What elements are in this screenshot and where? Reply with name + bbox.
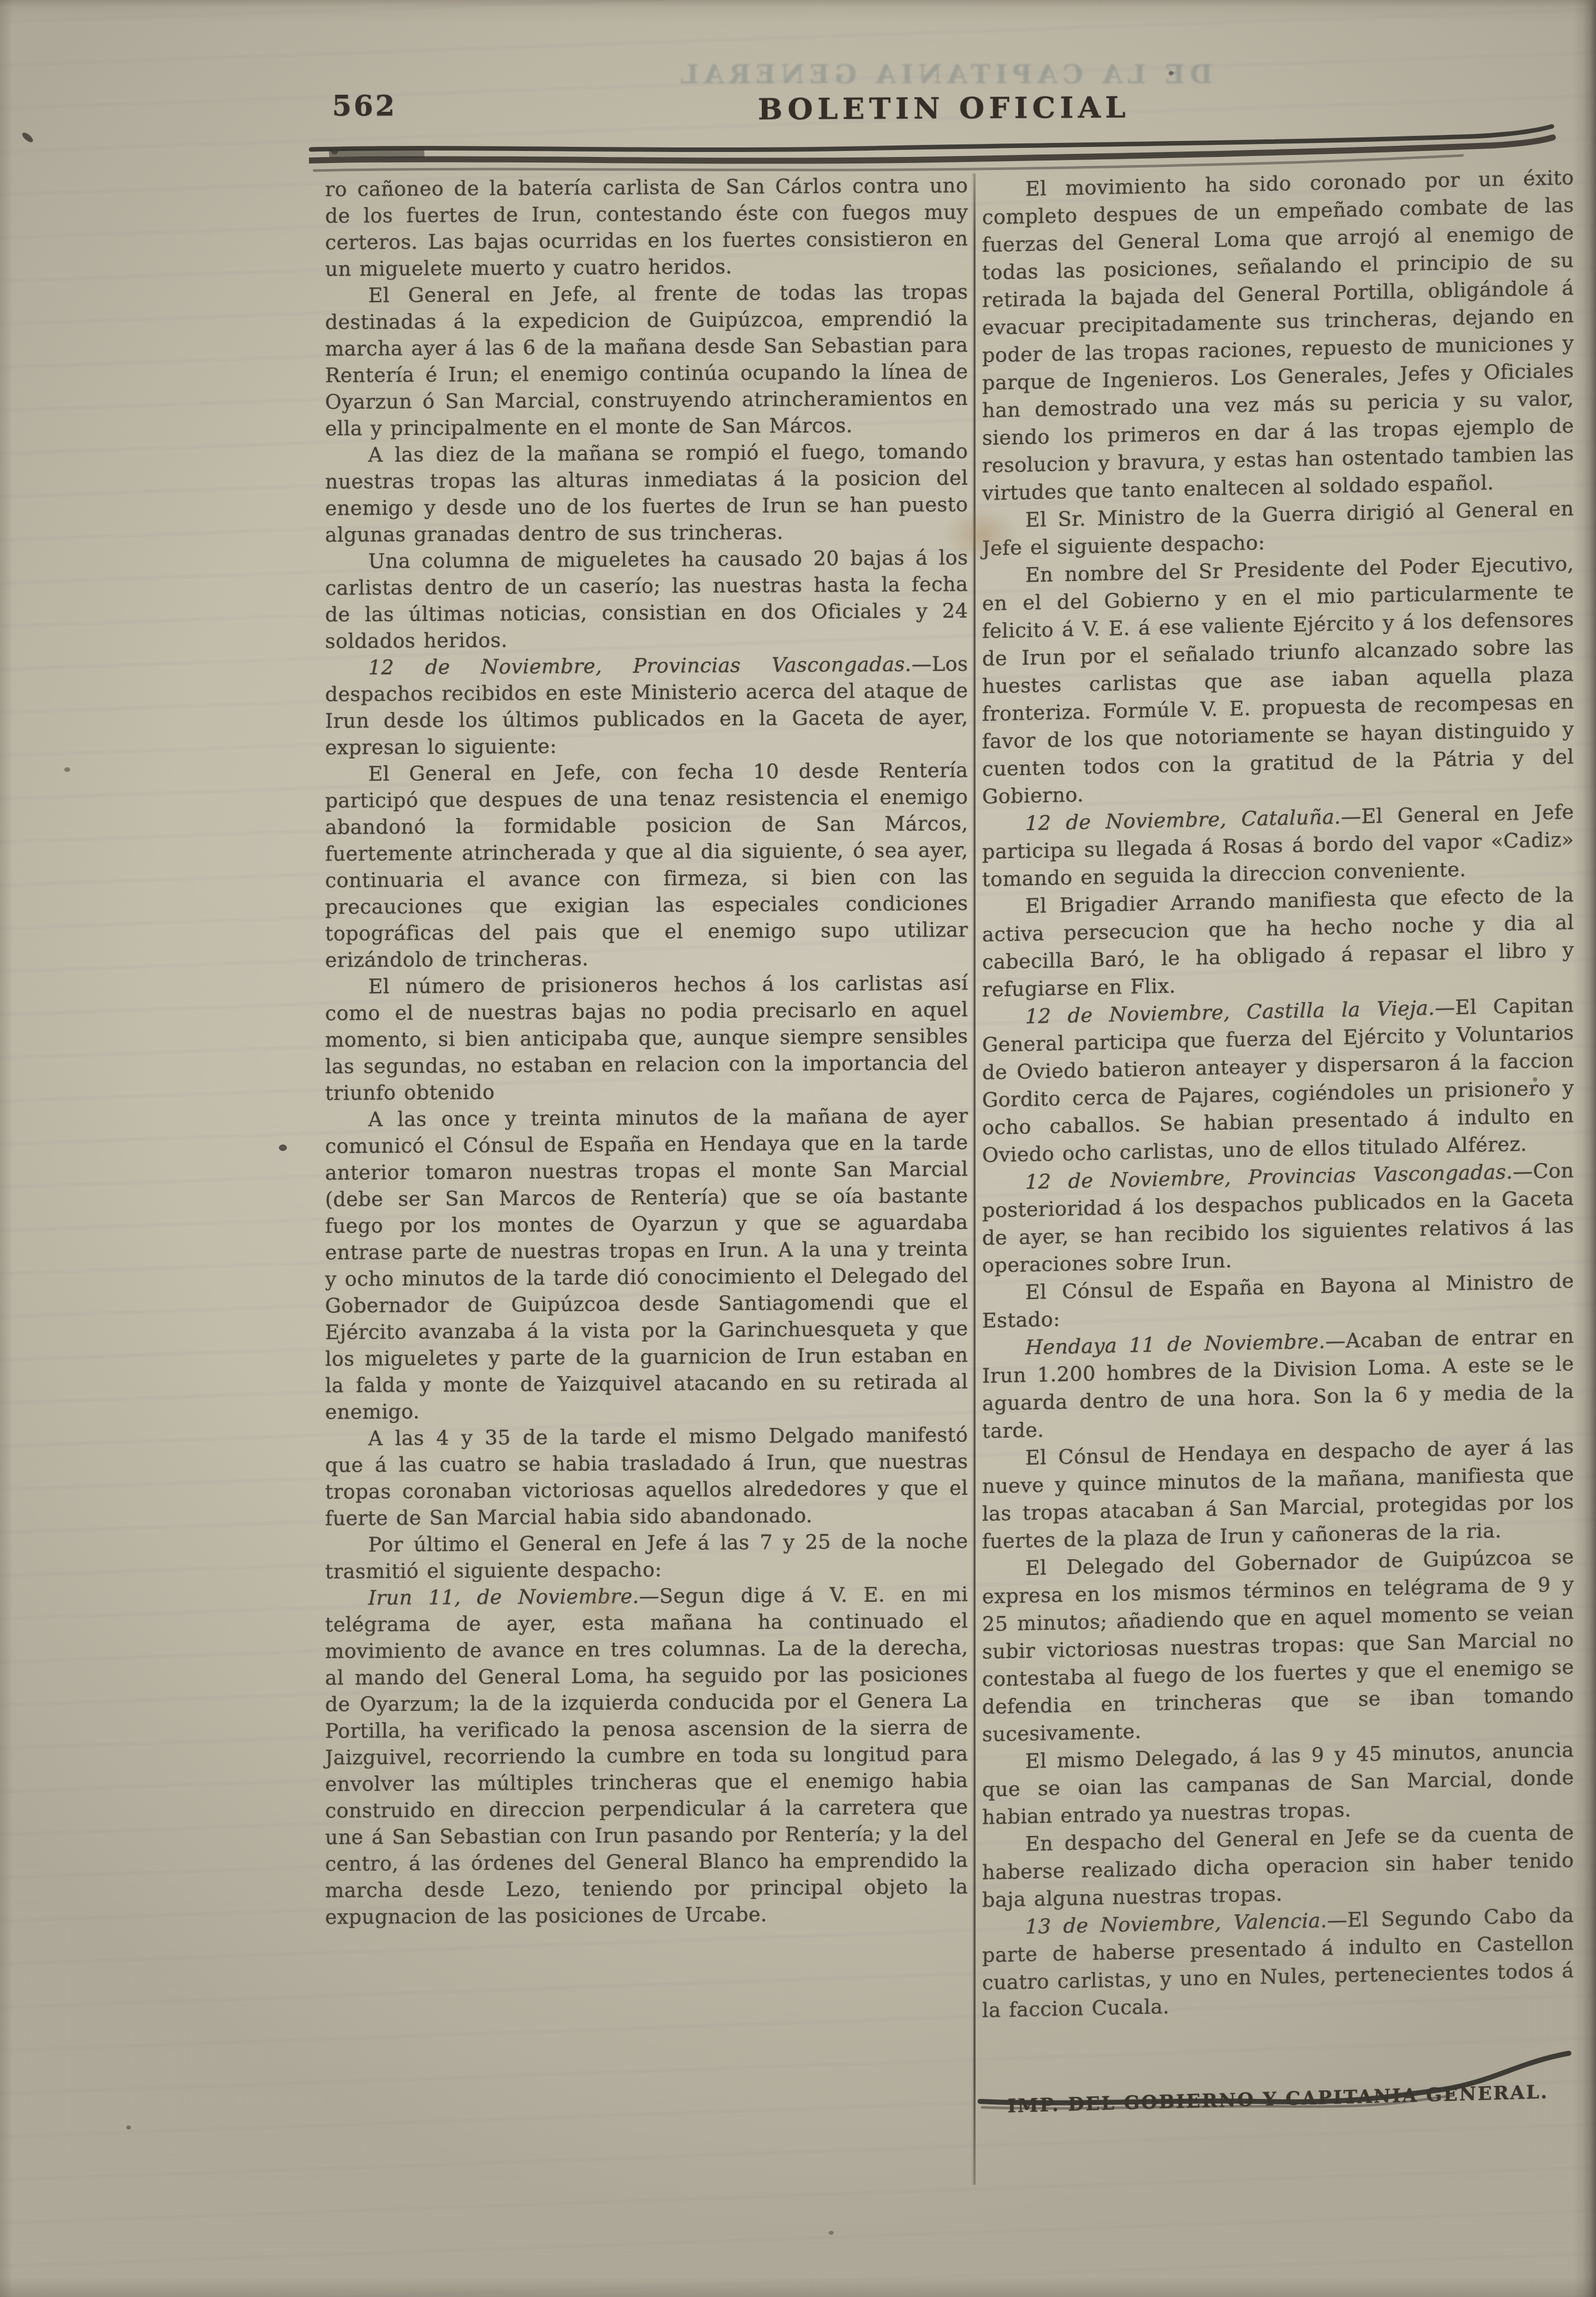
paragraph: 12 de Noviembre, Provincias Vascongadas.… xyxy=(982,1157,1574,1280)
paragraph-lead: Hendaya 11 de Noviembre.— xyxy=(1025,1330,1346,1359)
paragraph: Hendaya 11 de Noviembre.—Acaban de entra… xyxy=(982,1323,1574,1445)
paragraph: El General en Jefe, al frente de todas l… xyxy=(325,279,968,442)
paper-speck xyxy=(279,1144,287,1151)
paragraph: A las once y treinta minutos de la mañan… xyxy=(325,1103,968,1426)
paper-stain xyxy=(577,1585,632,1630)
paragraph-text: El movimiento ha sido coronado por un éx… xyxy=(982,166,1574,505)
paragraph: Una columna de migueletes ha causado 20 … xyxy=(325,545,968,655)
paragraph: 13 de Noviembre, Valencia.—El Segundo Ca… xyxy=(982,1902,1574,2025)
paragraph-text: En nombre del Sr Presidente del Poder Ej… xyxy=(982,552,1574,808)
paragraph-lead: 12 de Noviembre, Provincias Vascongadas.… xyxy=(368,653,932,680)
paragraph-text: El General en Jefe, al frente de todas l… xyxy=(325,280,968,440)
paragraph: El Cónsul de Hendaya en despacho de ayer… xyxy=(982,1433,1574,1556)
paragraph-text: El Brigadier Arrando manifiesta que efec… xyxy=(982,883,1574,1002)
paragraph-text: En despacho del General en Jefe se da cu… xyxy=(982,1821,1574,1912)
paragraph: Irun 11, de Noviembre.—Segun dige á V. E… xyxy=(325,1581,968,1931)
paragraph: El Brigadier Arrando manifiesta que efec… xyxy=(982,881,1574,1004)
paragraph: El Delegado del Gobernador de Guipúzcoa … xyxy=(982,1543,1574,1749)
paper-speck xyxy=(64,767,70,772)
paragraph: ro cañoneo de la batería carlista de San… xyxy=(325,173,968,283)
left-column: ro cañoneo de la batería carlista de San… xyxy=(325,173,968,1931)
paragraph: A las diez de la mañana se rompió el fue… xyxy=(325,438,968,549)
paper-speck xyxy=(829,2231,834,2235)
paper-speck xyxy=(1533,1077,1537,1082)
scanned-page: DE LA CAPITANIA GENERAL 562 BOLETIN OFIC… xyxy=(0,0,1596,2297)
right-column: El movimiento ha sido coronado por un éx… xyxy=(982,164,1574,2025)
bleedthrough-masthead: DE LA CAPITANIA GENERAL xyxy=(317,59,1571,90)
paragraph: 12 de Noviembre, Cataluña.—El General en… xyxy=(982,798,1574,894)
paragraph-text: El General en Jefe, con fecha 10 desde R… xyxy=(325,759,968,972)
paragraph-text: Segun dige á V. E. en mi telégrama de ay… xyxy=(325,1583,968,1929)
paper-stain xyxy=(943,507,1018,562)
paragraph-text: El Cónsul de España en Bayona al Ministr… xyxy=(982,1269,1574,1333)
paper-speck xyxy=(1169,71,1174,75)
paper-stain xyxy=(1244,1745,1289,1780)
paragraph-text: Por último el General en Jefe á las 7 y … xyxy=(325,1530,968,1583)
paragraph: 12 de Noviembre, Castilla la Vieja.—El C… xyxy=(982,992,1574,1170)
paragraph: El movimiento ha sido coronado por un éx… xyxy=(982,164,1574,508)
paragraph-text: El Cónsul de Hendaya en despacho de ayer… xyxy=(982,1435,1574,1553)
paragraph-text: A las once y treinta minutos de la mañan… xyxy=(325,1104,968,1424)
paragraph-text: El número de prisioneros hechos á los ca… xyxy=(325,971,968,1105)
paragraph: El número de prisioneros hechos á los ca… xyxy=(325,970,968,1107)
paragraph-lead: 13 de Noviembre, Valencia.— xyxy=(1025,1909,1347,1938)
paper-speck xyxy=(331,148,338,154)
paragraph: 12 de Noviembre, Provincias Vascongadas.… xyxy=(325,651,968,761)
paper-speck xyxy=(21,131,35,144)
paragraph: Por último el General en Jefe á las 7 y … xyxy=(325,1528,968,1585)
paragraph-text: A las 4 y 35 de la tarde el mismo Delgad… xyxy=(325,1423,968,1530)
paragraph-text: A las diez de la mañana se rompió el fue… xyxy=(325,440,968,547)
paragraph-text: El Sr. Ministro de la Guerra dirigió al … xyxy=(982,497,1574,560)
paragraph-lead: 12 de Noviembre, Cataluña.— xyxy=(1025,805,1361,835)
paragraph: A las 4 y 35 de la tarde el mismo Delgad… xyxy=(325,1422,968,1532)
paragraph: En despacho del General en Jefe se da cu… xyxy=(982,1819,1574,1914)
column-divider-rule xyxy=(974,174,976,2185)
masthead-row: BOLETIN OFICIAL xyxy=(317,91,1571,125)
paragraph-text: ro cañoneo de la batería carlista de San… xyxy=(325,174,968,281)
masthead-title: BOLETIN OFICIAL xyxy=(758,90,1130,126)
paragraph: En nombre del Sr Presidente del Poder Ej… xyxy=(982,550,1574,811)
paragraph-text: Una columna de migueletes ha causado 20 … xyxy=(325,546,968,653)
paper-speck xyxy=(126,2125,131,2129)
paragraph-text: El Delegado del Gobernador de Guipúzcoa … xyxy=(982,1545,1574,1746)
paragraph: El General en Jefe, con fecha 10 desde R… xyxy=(325,757,968,974)
